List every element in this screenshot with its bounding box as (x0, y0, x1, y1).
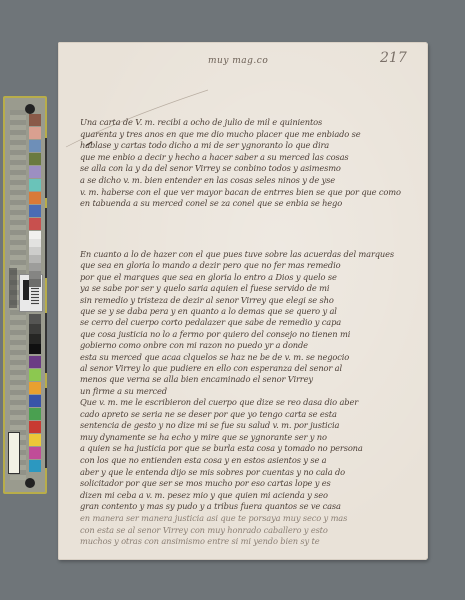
manuscript-line: que cosa justicia no lo a fermo por quie… (80, 329, 420, 340)
strip-scale-bar (45, 208, 47, 278)
manuscript-line: ya se sabe por ser y quelo saria aquien … (80, 283, 420, 294)
color-patch (29, 382, 41, 394)
manuscript-line: sentencia de gesto y no dize mi se fue s… (80, 420, 420, 431)
color-patch (29, 231, 41, 239)
manuscript-line: por que el marques que sea en gloria lo … (80, 272, 420, 283)
manuscript-line: que se y se daba pera y en quanto a lo d… (80, 306, 420, 317)
manuscript-line: gran contento y mas sy pudo y a tribus f… (80, 501, 420, 512)
manuscript-line: se alla con la y da del senor Virrey se … (80, 163, 420, 174)
manuscript-line: a se dicho v. m. bien entender en las co… (80, 175, 420, 186)
color-patch (29, 205, 41, 217)
manuscript-line: gobierno como onbre con mi razon no pued… (80, 340, 420, 351)
color-patch (29, 239, 41, 247)
strip-scale-bar (45, 388, 47, 468)
color-patch (29, 218, 41, 230)
manuscript-line: dizen mi ceba a v. m. pesez mio y que qu… (80, 490, 420, 501)
manuscript-line: en tabuenda a su merced conel se za cone… (80, 198, 420, 209)
manuscript-line: un firme a su merced (80, 386, 200, 397)
strip-hole-top (25, 104, 35, 114)
color-patch (29, 153, 41, 165)
strip-scale-bar (45, 313, 47, 373)
manuscript-line: con esta se al senor Virrey con muy honr… (80, 525, 420, 536)
strip-scale-bar (45, 138, 47, 198)
color-patch (29, 334, 41, 344)
color-patch (29, 271, 41, 279)
manuscript-line: que me enbio a decir y hecho a hacer sab… (80, 152, 420, 163)
manuscript-line: muchos y otras con ansimismo entre si mi… (80, 536, 420, 547)
color-patch (29, 314, 41, 324)
manuscript-line: Que v. m. me le escribieron del cuerpo q… (80, 397, 420, 408)
header-note: muy mag.co (208, 56, 268, 66)
strip-hole-bottom (25, 478, 35, 488)
color-calibration-strip (3, 96, 47, 494)
color-patch (29, 324, 41, 334)
manuscript-line: cado apreto se seria ne se deser por que… (80, 409, 420, 420)
manuscript-line: quarenta y tres anos en que me dio mucho… (80, 129, 420, 140)
color-patch (29, 356, 41, 368)
color-patch (29, 247, 41, 255)
manuscript-line: en manera ser manera justicia asi que te… (80, 513, 420, 524)
manuscript-line: a quien se ha justicia por que se burla … (80, 443, 420, 454)
manuscript-line: Una carta de V. m. recibi a ocho de juli… (80, 117, 420, 128)
color-patch (29, 166, 41, 178)
manuscript-line: menos que verna se alla bien encaminado … (80, 374, 420, 385)
manuscript-line: se cerro del cuerpo corto pedalazer que … (80, 317, 420, 328)
color-patch (29, 255, 41, 263)
manuscript-line: con los que no entienden esta cosa y en … (80, 455, 420, 466)
color-patch (29, 263, 41, 271)
manuscript-line: solicitador por que ser se mos mucho por… (80, 478, 420, 489)
manuscript-line: muy dynamente se ha echo y mire que se y… (80, 432, 420, 443)
manuscript-line: esta su merced que acaa clquelos se haz … (80, 352, 420, 363)
color-patch (29, 447, 41, 459)
color-patch (29, 408, 41, 420)
manuscript-page: muy mag.co 217 Una carta de V. m. recibi… (58, 42, 428, 560)
color-patch (29, 369, 41, 381)
manuscript-line: hablase y cartas todo dicho a mi de ser … (80, 140, 420, 151)
color-patch (29, 179, 41, 191)
manuscript-line: sin remedio y tristeza de dezir al senor… (80, 295, 420, 306)
manuscript-line: al senor Virrey lo que pudiere en ello c… (80, 363, 420, 374)
color-patch (29, 279, 41, 287)
manuscript-line: v. m. haberse con el que ver mayor bacan… (80, 187, 420, 198)
manuscript-line: En cuanto a lo de hazer con el que pues … (80, 249, 420, 260)
strip-label-tag (8, 432, 20, 474)
manuscript-line: aber y que le entenda dijo se mis sobres… (80, 467, 420, 478)
manuscript-line: que sea en gloria lo mando a dezir pero … (80, 260, 420, 271)
color-patch (29, 140, 41, 152)
strip-brand-text (9, 268, 17, 308)
color-patch (29, 460, 41, 472)
color-patch (29, 344, 41, 354)
color-patch (29, 434, 41, 446)
folio-number: 217 (380, 50, 407, 66)
color-patch (29, 114, 41, 126)
color-patch (29, 395, 41, 407)
color-patch (29, 127, 41, 139)
color-patch (29, 192, 41, 204)
color-patch (29, 421, 41, 433)
